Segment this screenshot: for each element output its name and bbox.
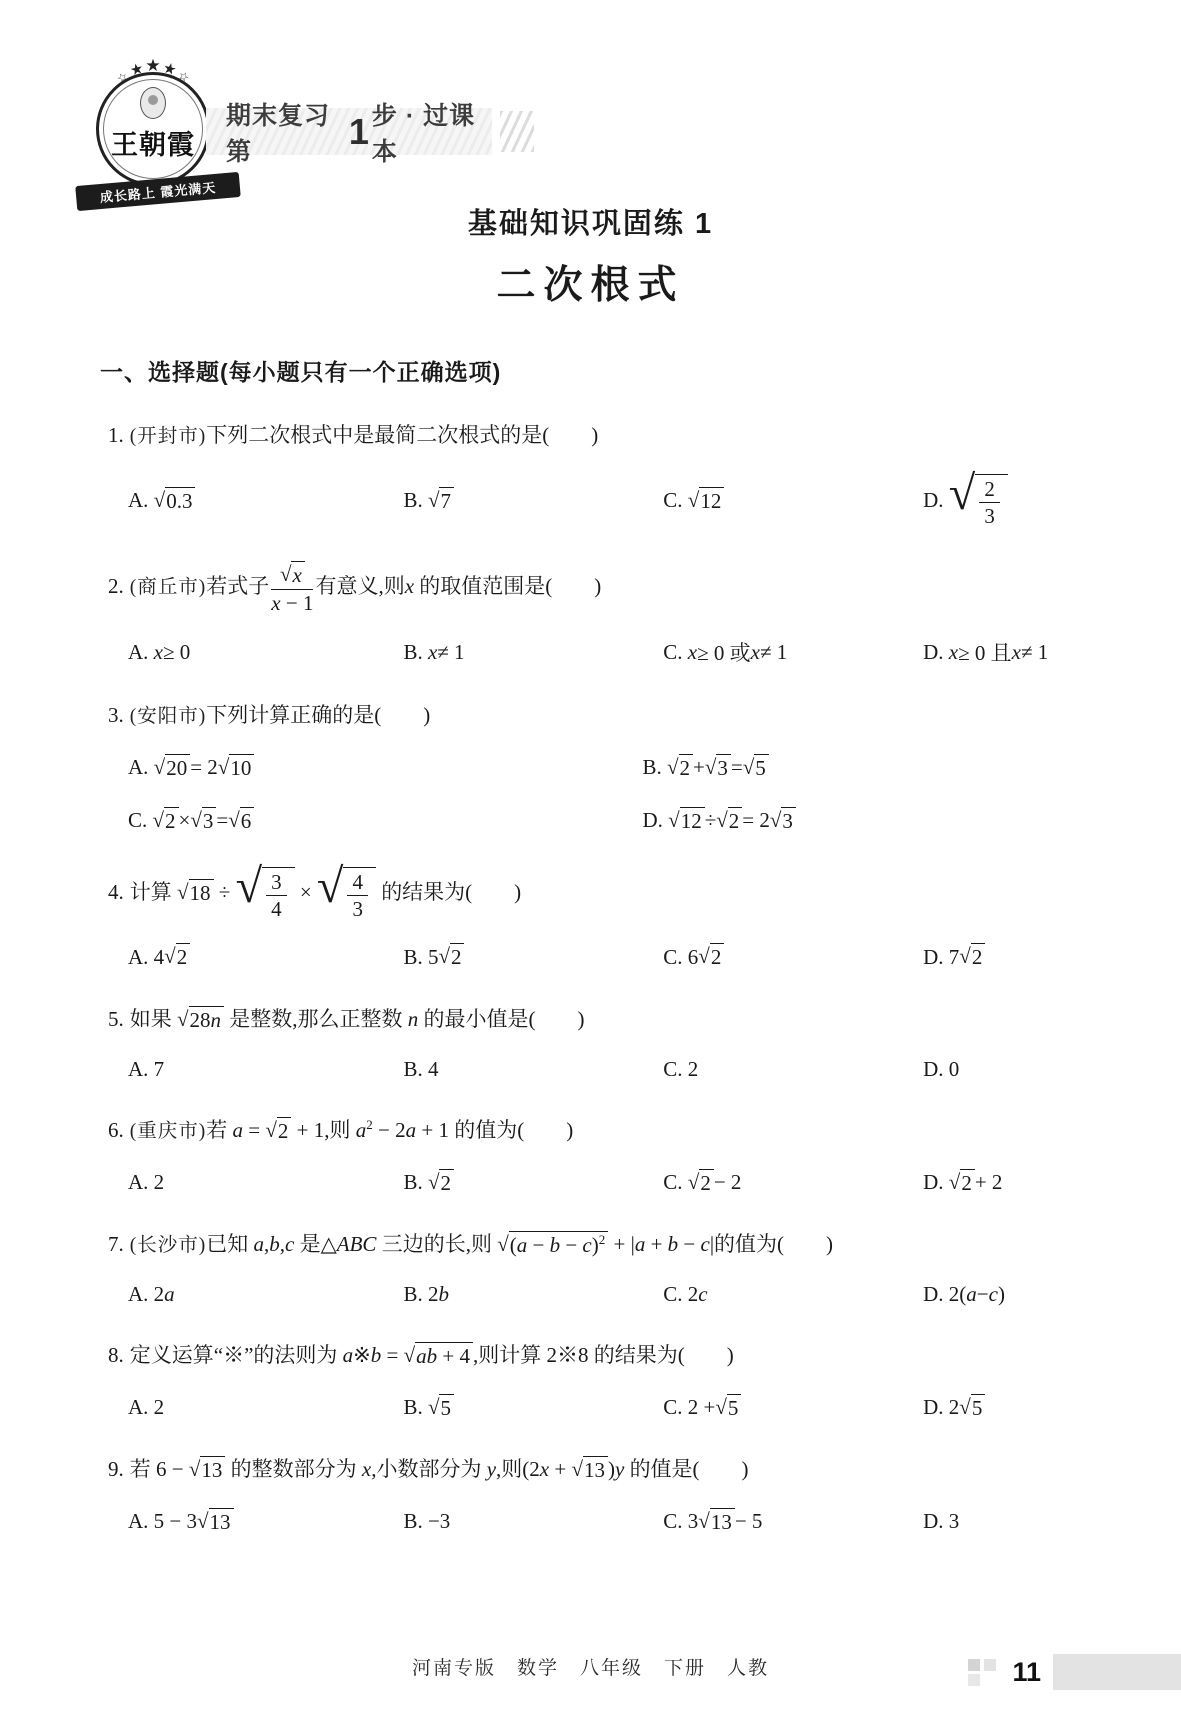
option-D: D. 3 bbox=[923, 1509, 1157, 1534]
option-A: A. 7 bbox=[128, 1057, 403, 1082]
option-label: C. bbox=[663, 488, 688, 513]
option-D: D. 2√5 bbox=[923, 1394, 1157, 1421]
option-label: B. bbox=[403, 1509, 428, 1534]
question-2: 2.(商丘市)若式子√xx − 1有意义,则x 的取值范围是( )A. x ≥ … bbox=[108, 561, 1157, 667]
option-label: C. bbox=[663, 640, 688, 665]
question-stem: 8.定义运算“※”的法则为 a※b = √ab + 4,则计算 2※8 的结果为… bbox=[108, 1340, 1157, 1372]
page-number: 11 bbox=[1000, 1657, 1053, 1688]
option-C: C. x ≥ 0 或 x ≠ 1 bbox=[663, 637, 923, 667]
option-A: A. √0.3 bbox=[128, 487, 403, 514]
option-label: A. bbox=[128, 945, 154, 970]
sqrt-radical: √6 bbox=[228, 807, 254, 834]
question-number: 2. bbox=[108, 574, 124, 598]
option-C: C. 2 bbox=[663, 1057, 923, 1082]
option-label: C. bbox=[128, 808, 153, 833]
exercise-set-title: 基础知识巩固练 1 bbox=[0, 201, 1181, 242]
question-stem: 9.若 6 − √13 的整数部分为 x,小数部分为 y,则(2x + √13)… bbox=[108, 1454, 1157, 1486]
option-label: D. bbox=[923, 1057, 949, 1082]
sqrt-radical: √20 bbox=[154, 754, 191, 781]
option-B: B. √7 bbox=[403, 487, 663, 514]
option-B: B. 2b bbox=[403, 1282, 663, 1307]
questions: 1.(开封市)下列二次根式中是最简二次根式的是( )A. √0.3B. √7C.… bbox=[108, 420, 1157, 1535]
option-label: A. bbox=[128, 1170, 154, 1195]
options-row: A. 2aB. 2bC. 2cD. 2(a − c) bbox=[108, 1282, 1157, 1307]
fraction: 34 bbox=[266, 870, 287, 921]
option-B: B. 4 bbox=[403, 1057, 663, 1082]
sqrt-radical: √3 bbox=[190, 807, 216, 834]
fraction: √xx − 1 bbox=[271, 561, 313, 615]
sqrt-radical: √2 bbox=[959, 943, 985, 970]
option-B: B. −3 bbox=[403, 1509, 663, 1534]
option-C: C. √2 × √3 = √6 bbox=[128, 807, 643, 834]
portrait-icon bbox=[140, 87, 166, 119]
option-label: C. bbox=[663, 1282, 688, 1307]
question-number: 6. bbox=[108, 1118, 124, 1142]
options-row: A. 7B. 4C. 2D. 0 bbox=[108, 1057, 1157, 1082]
option-C: C. 6√2 bbox=[663, 943, 923, 970]
fraction: 23 bbox=[979, 477, 1000, 528]
sqrt-radical: √3 bbox=[770, 807, 796, 834]
question-stem: 1.(开封市)下列二次根式中是最简二次根式的是( ) bbox=[108, 420, 1157, 452]
sqrt-radical: √13 bbox=[571, 1456, 608, 1483]
option-label: A. bbox=[128, 1509, 154, 1534]
sqrt-radical: √3 bbox=[705, 754, 731, 781]
option-label: B. bbox=[403, 1057, 428, 1082]
banner-step-number: 1 bbox=[349, 114, 370, 150]
option-D: D. 2(a − c) bbox=[923, 1282, 1157, 1307]
sqrt-radical: √2 bbox=[949, 1169, 975, 1196]
question-source-city: (长沙市) bbox=[130, 1235, 207, 1256]
option-label: B. bbox=[403, 640, 428, 665]
question-5: 5.如果 √28n 是整数,那么正整数 n 的最小值是( )A. 7B. 4C.… bbox=[108, 1004, 1157, 1083]
sqrt-radical: √18 bbox=[177, 879, 214, 906]
sqrt-radical: √5 bbox=[743, 754, 769, 781]
question-source-city: (开封市) bbox=[130, 426, 207, 447]
sqrt-radical: √x bbox=[280, 561, 305, 588]
option-C: C. 2c bbox=[663, 1282, 923, 1307]
sqrt-radical: √2 bbox=[153, 807, 179, 834]
sqrt-radical: √43 bbox=[317, 867, 376, 921]
option-C: C. 2 + √5 bbox=[663, 1394, 923, 1421]
sqrt-radical: √2 bbox=[688, 1169, 714, 1196]
question-4: 4.计算 √18 ÷ √34 × √43 的结果为( )A. 4√2B. 5√2… bbox=[108, 867, 1157, 971]
section-heading: 一、选择题(每小题只有一个正确选项) bbox=[100, 354, 1181, 387]
option-A: A. √20 = 2√10 bbox=[128, 754, 643, 781]
sqrt-radical: √13 bbox=[698, 1508, 735, 1535]
sqrt-radical: √2 bbox=[716, 807, 742, 834]
option-label: A. bbox=[128, 1282, 154, 1307]
sqrt-radical: √13 bbox=[197, 1508, 234, 1535]
sqrt-radical: √2 bbox=[265, 1117, 291, 1144]
question-stem: 4.计算 √18 ÷ √34 × √43 的结果为( ) bbox=[108, 867, 1157, 921]
title-block: 基础知识巩固练 1 二次根式 bbox=[0, 201, 1181, 310]
option-B: B. 5√2 bbox=[403, 943, 663, 970]
option-label: B. bbox=[403, 488, 428, 513]
option-label: C. bbox=[663, 1509, 688, 1534]
chapter-title: 二次根式 bbox=[0, 254, 1181, 310]
option-B: B. √2 bbox=[403, 1169, 663, 1196]
question-number: 5. bbox=[108, 1007, 124, 1031]
footer-bar bbox=[1053, 1654, 1181, 1690]
sqrt-radical: √12 bbox=[668, 807, 705, 834]
option-label: A. bbox=[128, 1395, 154, 1420]
question-stem: 7.(长沙市)已知 a,b,c 是△ABC 三边的长,则 √(a − b − c… bbox=[108, 1229, 1157, 1261]
sqrt-radical: √2 bbox=[698, 943, 724, 970]
options-row: A. 2B. √2C. √2 − 2D. √2 + 2 bbox=[108, 1169, 1157, 1196]
options-row: A. x ≥ 0B. x ≠ 1C. x ≥ 0 或 x ≠ 1D. x ≥ 0… bbox=[108, 637, 1157, 667]
banner-prefix: 期末复习第 bbox=[226, 96, 347, 168]
option-label: A. bbox=[128, 1057, 154, 1082]
sqrt-radical: √ab + 4 bbox=[404, 1342, 473, 1369]
question-stem: 5.如果 √28n 是整数,那么正整数 n 的最小值是( ) bbox=[108, 1004, 1157, 1036]
option-label: B. bbox=[403, 1395, 428, 1420]
options-row: A. 2B. √5C. 2 + √5D. 2√5 bbox=[108, 1394, 1157, 1421]
option-label: D. bbox=[923, 488, 949, 513]
options-row: A. √20 = 2√10B. √2 + √3 = √5C. √2 × √3 =… bbox=[108, 754, 1157, 835]
question-6: 6.(重庆市)若 a = √2 + 1,则 a2 − 2a + 1 的值为( )… bbox=[108, 1115, 1157, 1196]
option-D: D. √23 bbox=[923, 474, 1157, 528]
option-B: B. x ≠ 1 bbox=[403, 640, 663, 665]
question-source-city: (安阳市) bbox=[130, 706, 207, 727]
option-A: A. 2 bbox=[128, 1395, 403, 1420]
question-number: 8. bbox=[108, 1343, 124, 1367]
question-number: 3. bbox=[108, 703, 124, 727]
fraction: 43 bbox=[347, 870, 368, 921]
question-number: 4. bbox=[108, 880, 124, 904]
option-label: D. bbox=[923, 1170, 949, 1195]
question-stem: 2.(商丘市)若式子√xx − 1有意义,则x 的取值范围是( ) bbox=[108, 561, 1157, 615]
sqrt-radical: √34 bbox=[236, 867, 295, 921]
question-stem: 6.(重庆市)若 a = √2 + 1,则 a2 − 2a + 1 的值为( ) bbox=[108, 1115, 1157, 1147]
sqrt-radical: √28n bbox=[177, 1006, 224, 1033]
option-label: D. bbox=[643, 808, 669, 833]
option-A: A. 2a bbox=[128, 1282, 403, 1307]
option-label: D. bbox=[923, 640, 949, 665]
option-A: A. 5 − 3√13 bbox=[128, 1508, 403, 1535]
option-label: B. bbox=[403, 1282, 428, 1307]
question-source-city: (商丘市) bbox=[130, 577, 207, 598]
option-label: C. bbox=[663, 1057, 688, 1082]
series-banner: 期末复习第 1 步 · 过课本 bbox=[206, 108, 492, 155]
options-row: A. 4√2B. 5√2C. 6√2D. 7√2 bbox=[108, 943, 1157, 970]
option-A: A. x ≥ 0 bbox=[128, 640, 403, 665]
option-label: A. bbox=[128, 640, 154, 665]
question-9: 9.若 6 − √13 的整数部分为 x,小数部分为 y,则(2x + √13)… bbox=[108, 1454, 1157, 1535]
option-label: C. bbox=[663, 945, 688, 970]
question-3: 3.(安阳市)下列计算正确的是( )A. √20 = 2√10B. √2 + √… bbox=[108, 700, 1157, 834]
logo-circle: 王朝霞 bbox=[96, 72, 210, 186]
option-label: D. bbox=[923, 945, 949, 970]
option-C: C. 3√13 − 5 bbox=[663, 1508, 923, 1535]
brand-name: 王朝霞 bbox=[99, 123, 207, 162]
option-label: C. bbox=[663, 1395, 688, 1420]
sqrt-radical: √10 bbox=[218, 754, 255, 781]
question-number: 9. bbox=[108, 1457, 124, 1481]
sqrt-radical: √(a − b − c)2 bbox=[497, 1231, 608, 1258]
option-label: B. bbox=[403, 945, 428, 970]
question-stem: 3.(安阳市)下列计算正确的是( ) bbox=[108, 700, 1157, 732]
option-D: D. x ≥ 0 且 x ≠ 1 bbox=[923, 637, 1157, 667]
sqrt-radical: √13 bbox=[189, 1456, 226, 1483]
question-number: 7. bbox=[108, 1232, 124, 1256]
question-7: 7.(长沙市)已知 a,b,c 是△ABC 三边的长,则 √(a − b − c… bbox=[108, 1229, 1157, 1308]
option-D: D. 0 bbox=[923, 1057, 1157, 1082]
option-B: B. √2 + √3 = √5 bbox=[643, 754, 1158, 781]
option-D: D. √12 ÷ √2 = 2√3 bbox=[643, 807, 1158, 834]
option-A: A. 4√2 bbox=[128, 943, 403, 970]
sqrt-radical: √7 bbox=[428, 487, 454, 514]
option-D: D. √2 + 2 bbox=[923, 1169, 1157, 1196]
option-label: D. bbox=[923, 1395, 949, 1420]
page-header: ☆★★★☆ 王朝霞 成长路上 霞光满天 期末复习第 1 步 · 过课本 bbox=[0, 0, 1181, 195]
sqrt-radical: √2 bbox=[164, 943, 190, 970]
question-1: 1.(开封市)下列二次根式中是最简二次根式的是( )A. √0.3B. √7C.… bbox=[108, 420, 1157, 528]
option-label: D. bbox=[923, 1282, 949, 1307]
option-label: B. bbox=[403, 1170, 428, 1195]
question-8: 8.定义运算“※”的法则为 a※b = √ab + 4,则计算 2※8 的结果为… bbox=[108, 1340, 1157, 1421]
options-row: A. √0.3B. √7C. √12D. √23 bbox=[108, 474, 1157, 528]
option-C: C. √2 − 2 bbox=[663, 1169, 923, 1196]
option-label: C. bbox=[663, 1170, 688, 1195]
sqrt-radical: √2 bbox=[438, 943, 464, 970]
page-number-box: 11 bbox=[968, 1654, 1181, 1690]
option-B: B. √5 bbox=[403, 1394, 663, 1421]
sqrt-radical: √0.3 bbox=[154, 487, 196, 514]
banner-suffix: 步 · 过课本 bbox=[372, 96, 492, 168]
sqrt-radical: √12 bbox=[688, 487, 725, 514]
option-label: B. bbox=[643, 755, 668, 780]
question-source-city: (重庆市) bbox=[130, 1121, 207, 1142]
sqrt-radical: √2 bbox=[428, 1169, 454, 1196]
option-label: A. bbox=[128, 755, 154, 780]
sqrt-radical: √23 bbox=[949, 474, 1008, 528]
options-row: A. 5 − 3√13B. −3C. 3√13 − 5D. 3 bbox=[108, 1508, 1157, 1535]
sqrt-radical: √5 bbox=[428, 1394, 454, 1421]
option-label: A. bbox=[128, 488, 154, 513]
option-D: D. 7√2 bbox=[923, 943, 1157, 970]
sqrt-radical: √5 bbox=[959, 1394, 985, 1421]
corner-squares-icon bbox=[968, 1657, 998, 1687]
worksheet-page: { "header": { "logo": { "brand": "王朝霞", … bbox=[0, 0, 1181, 1730]
question-number: 1. bbox=[108, 423, 124, 447]
option-A: A. 2 bbox=[128, 1170, 403, 1195]
sqrt-radical: √2 bbox=[667, 754, 693, 781]
option-label: D. bbox=[923, 1509, 949, 1534]
sqrt-radical: √5 bbox=[715, 1394, 741, 1421]
option-C: C. √12 bbox=[663, 487, 923, 514]
